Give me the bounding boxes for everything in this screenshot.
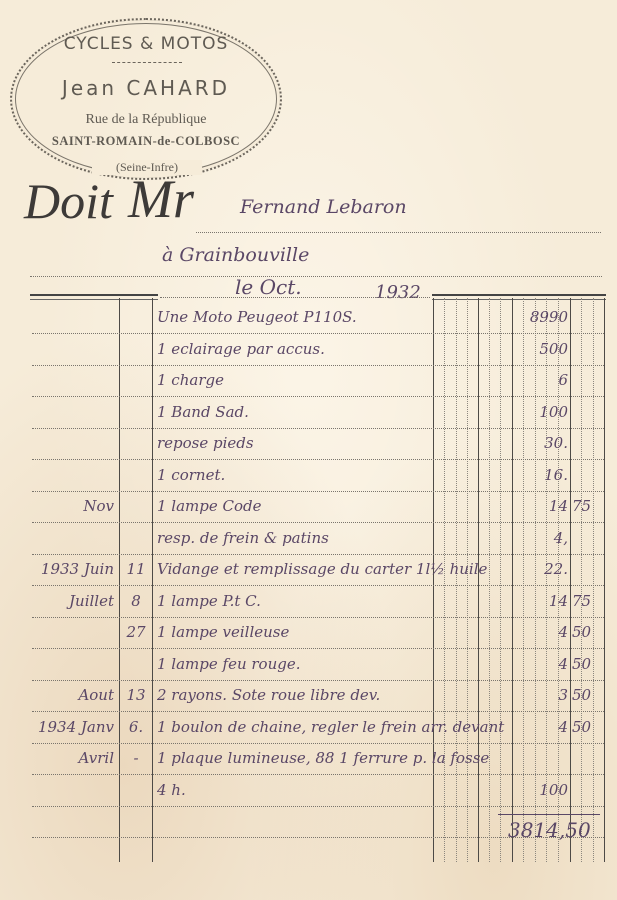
row-date: Juillet bbox=[34, 592, 114, 610]
row-rule bbox=[32, 711, 604, 712]
row-amount-centimes: 50 bbox=[572, 655, 602, 673]
row-rule bbox=[32, 459, 604, 460]
row-amount-francs: 8990 bbox=[500, 308, 568, 326]
invoice-date-label: le Oct. bbox=[235, 275, 302, 299]
row-rule bbox=[32, 428, 604, 429]
row-rule bbox=[32, 774, 604, 775]
row-amount-francs: 6 bbox=[500, 371, 568, 389]
row-description: 4 h. bbox=[157, 781, 186, 799]
invoice-total: 3814,50 bbox=[508, 818, 591, 842]
mr-label: Mr bbox=[128, 168, 194, 230]
row-rule bbox=[32, 743, 604, 744]
row-description: 1 lampe veilleuse bbox=[157, 623, 289, 641]
address-line bbox=[30, 276, 602, 277]
row-date: 1933 Juin bbox=[34, 560, 114, 578]
stamp-divider bbox=[112, 62, 182, 63]
column-rule bbox=[119, 298, 120, 862]
row-day: 6. bbox=[122, 718, 150, 736]
row-amount-francs: 16. bbox=[500, 466, 568, 484]
row-description: 1 lampe Code bbox=[157, 497, 262, 515]
stamp-town: SAINT-ROMAIN-de-COLBOSC bbox=[12, 134, 280, 149]
row-description: 1 eclairage par accus. bbox=[157, 340, 325, 358]
row-amount-francs: 4 bbox=[500, 655, 568, 673]
header-rule-middle bbox=[160, 297, 430, 298]
row-rule bbox=[32, 333, 604, 334]
doit-label: Doit bbox=[24, 172, 113, 230]
row-amount-centimes: 75 bbox=[572, 592, 602, 610]
row-amount-francs: 100 bbox=[500, 781, 568, 799]
row-amount-francs: 100 bbox=[500, 403, 568, 421]
column-subrule bbox=[593, 298, 594, 862]
row-description: 1 lampe P.t C. bbox=[157, 592, 261, 610]
column-subrule bbox=[467, 298, 468, 862]
row-description: 1 boulon de chaine, regler le frein arr.… bbox=[157, 718, 504, 736]
row-amount-centimes: 50 bbox=[572, 686, 602, 704]
name-line bbox=[196, 232, 601, 233]
row-description: 2 rayons. Sote roue libre dev. bbox=[157, 686, 380, 704]
row-amount-francs: 4 bbox=[500, 623, 568, 641]
row-rule bbox=[32, 585, 604, 586]
row-amount-francs: 14 bbox=[500, 592, 568, 610]
row-description: 1 charge bbox=[157, 371, 224, 389]
row-rule bbox=[32, 396, 604, 397]
row-amount-francs: 3 bbox=[500, 686, 568, 704]
row-description: Vidange et remplissage du carter 1l½ hui… bbox=[157, 560, 487, 578]
invoice-year: 1932 bbox=[375, 282, 421, 303]
row-day: 13 bbox=[122, 686, 150, 704]
row-amount-francs: 14 bbox=[500, 497, 568, 515]
row-rule bbox=[32, 491, 604, 492]
row-amount-francs: 4 bbox=[500, 718, 568, 736]
stamp-line-1: CYCLES & MOTOS bbox=[12, 34, 280, 54]
column-subrule bbox=[444, 298, 445, 862]
row-date: Nov bbox=[34, 497, 114, 515]
row-rule bbox=[32, 680, 604, 681]
row-rule bbox=[32, 806, 604, 807]
row-description: repose pieds bbox=[157, 434, 254, 452]
column-rule bbox=[152, 298, 153, 862]
stamp-merchant-name: Jean CAHARD bbox=[12, 76, 280, 100]
row-amount-francs: 22. bbox=[500, 560, 568, 578]
row-description: 1 lampe feu rouge. bbox=[157, 655, 301, 673]
row-day: 11 bbox=[122, 560, 150, 578]
column-rule bbox=[604, 298, 605, 862]
customer-name: Fernand Lebaron bbox=[240, 196, 407, 218]
merchant-stamp: CYCLES & MOTOS Jean CAHARD Rue de la Rép… bbox=[10, 18, 282, 180]
row-rule bbox=[32, 522, 604, 523]
column-subrule bbox=[456, 298, 457, 862]
column-subrule bbox=[489, 298, 490, 862]
row-date: Aout bbox=[34, 686, 114, 704]
row-amount-centimes: 50 bbox=[572, 623, 602, 641]
row-amount-francs: 30. bbox=[500, 434, 568, 452]
row-amount-francs: 4, bbox=[500, 529, 568, 547]
header-rule-right bbox=[432, 294, 606, 300]
row-day: 27 bbox=[122, 623, 150, 641]
row-description: 1 Band Sad. bbox=[157, 403, 249, 421]
row-rule bbox=[32, 648, 604, 649]
row-day: - bbox=[122, 749, 150, 767]
row-amount-francs: 500 bbox=[500, 340, 568, 358]
stamp-street: Rue de la République bbox=[12, 112, 280, 128]
row-rule bbox=[32, 617, 604, 618]
row-amount-centimes: 75 bbox=[572, 497, 602, 515]
row-description: Une Moto Peugeot P110S. bbox=[157, 308, 357, 326]
row-description: resp. de frein & patins bbox=[157, 529, 329, 547]
row-description: 1 cornet. bbox=[157, 466, 225, 484]
row-day: 8 bbox=[122, 592, 150, 610]
column-subrule bbox=[581, 298, 582, 862]
column-rule bbox=[478, 298, 479, 862]
row-date: Avril bbox=[34, 749, 114, 767]
column-rule bbox=[433, 298, 434, 862]
header-rule-left bbox=[30, 294, 158, 300]
customer-address: à Grainbouville bbox=[162, 244, 309, 266]
row-rule bbox=[32, 554, 604, 555]
total-underline bbox=[498, 814, 600, 815]
row-date: 1934 Janv bbox=[34, 718, 114, 736]
row-amount-centimes: 50 bbox=[572, 718, 602, 736]
row-rule bbox=[32, 365, 604, 366]
row-description: 1 plaque lumineuse, 88 1 ferrure p. la f… bbox=[157, 749, 489, 767]
column-rule bbox=[570, 298, 571, 862]
